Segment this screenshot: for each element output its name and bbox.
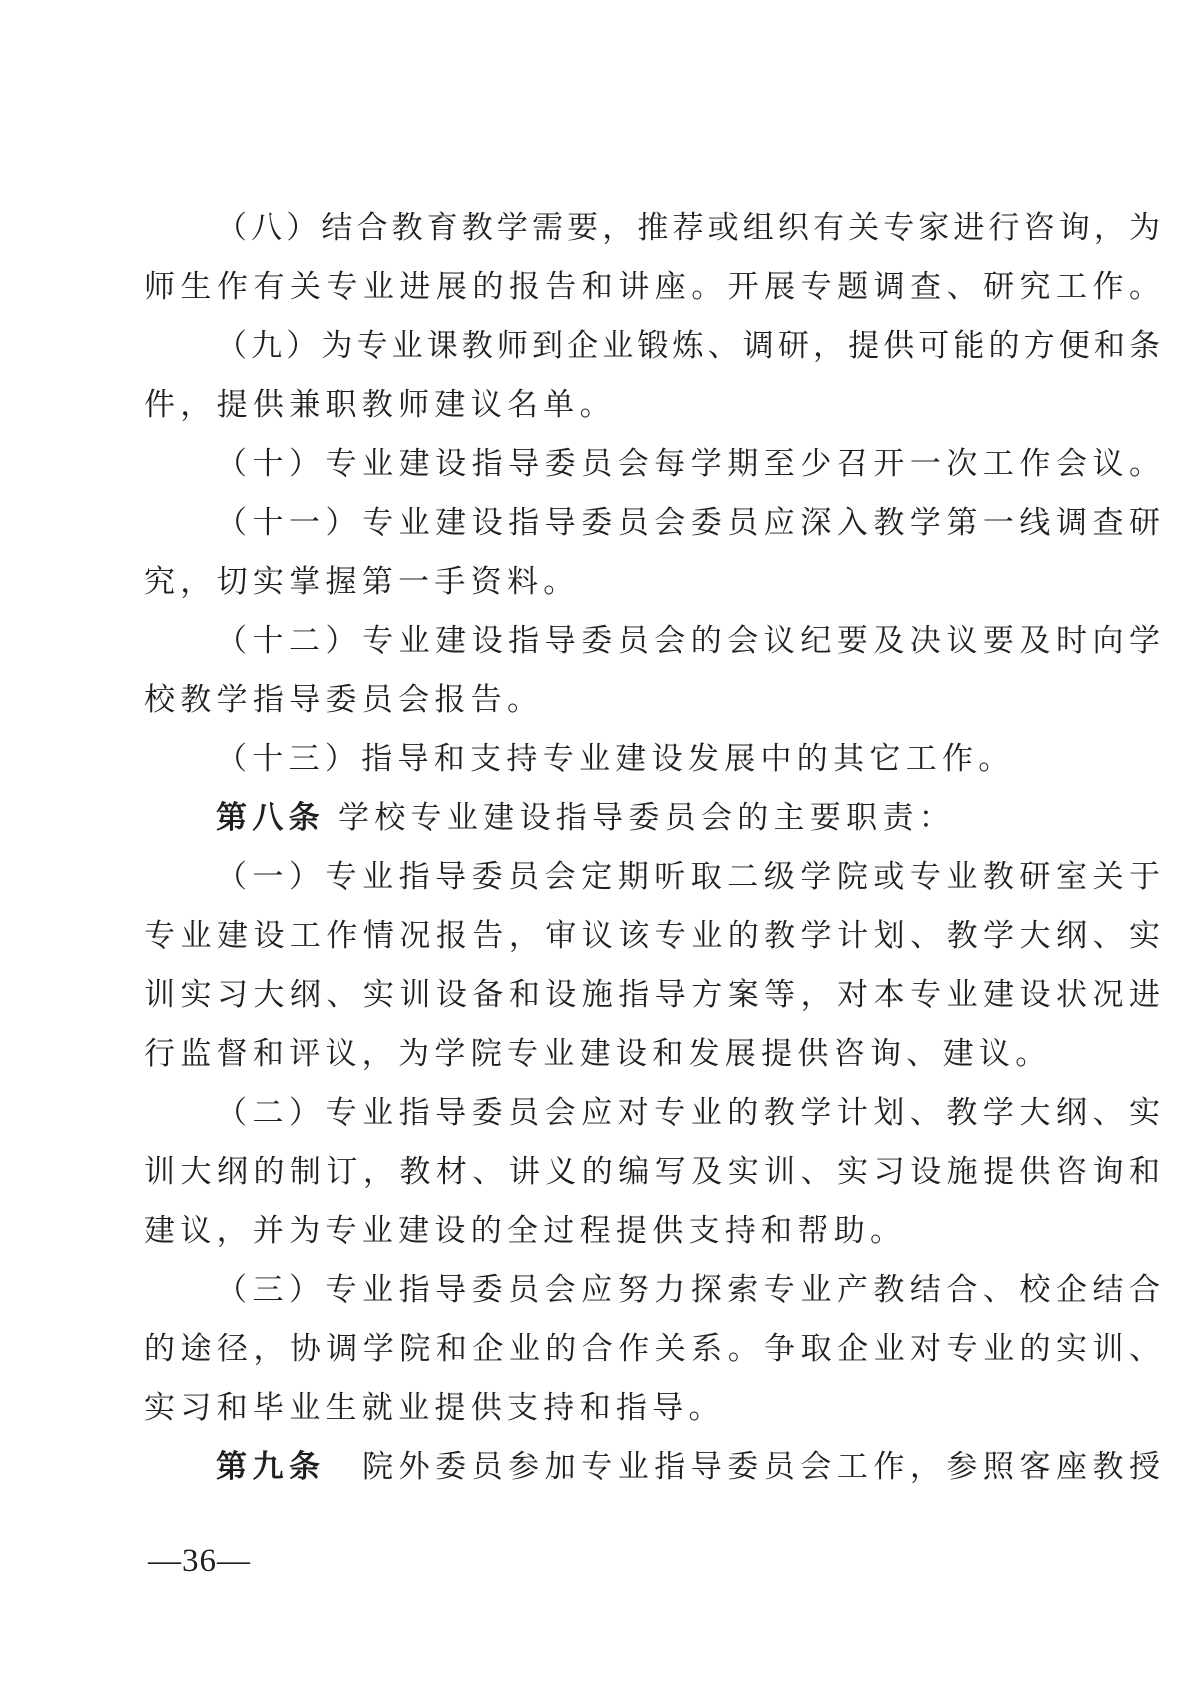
text-line: 专业建设工作情况报告，审议该专业的教学计划、教学大纲、实 xyxy=(144,906,1160,965)
text-line: （十）专业建设指导委员会每学期至少召开一次工作会议。 xyxy=(144,434,1160,493)
page-number: —36— xyxy=(148,1541,251,1581)
article-number-heading: 第八条 xyxy=(216,800,325,835)
text-line: 件，提供兼职教师建议名单。 xyxy=(144,375,1160,434)
document-page: （八）结合教育教学需要，推荐或组织有关专家进行咨询，为师生作有关专业进展的报告和… xyxy=(0,0,1191,1684)
text-line: 究，切实掌握第一手资料。 xyxy=(144,552,1160,611)
text-line: （十三）指导和支持专业建设发展中的其它工作。 xyxy=(144,729,1160,788)
text-line: 训大纲的制订，教材、讲义的编写及实训、实习设施提供咨询和 xyxy=(144,1142,1160,1201)
text-line: （九）为专业课教师到企业锻炼、调研，提供可能的方便和条 xyxy=(144,316,1160,375)
text-line: （一）专业指导委员会定期听取二级学院或专业教研室关于 xyxy=(144,847,1160,906)
text-line: 第八条 学校专业建设指导委员会的主要职责： xyxy=(144,788,1160,847)
text-line: 第九条 院外委员参加专业指导委员会工作，参照客座教授 xyxy=(144,1437,1160,1496)
document-body: （八）结合教育教学需要，推荐或组织有关专家进行咨询，为师生作有关专业进展的报告和… xyxy=(144,198,1160,1496)
text-line: 训实习大纲、实训设备和设施指导方案等，对本专业建设状况进 xyxy=(144,965,1160,1024)
text-line: 实习和毕业生就业提供支持和指导。 xyxy=(144,1378,1160,1437)
text-line: 建议，并为专业建设的全过程提供支持和帮助。 xyxy=(144,1201,1160,1260)
text-line: （十二）专业建设指导委员会的会议纪要及决议要及时向学 xyxy=(144,611,1160,670)
text-line: 校教学指导委员会报告。 xyxy=(144,670,1160,729)
text-line: （八）结合教育教学需要，推荐或组织有关专家进行咨询，为 xyxy=(144,198,1160,257)
article-text: 院外委员参加专业指导委员会工作，参照客座教授 xyxy=(326,1449,1160,1484)
text-line: （十一）专业建设指导委员会委员应深入教学第一线调查研 xyxy=(144,493,1160,552)
text-line: （三）专业指导委员会应努力探索专业产教结合、校企结合 xyxy=(144,1260,1160,1319)
article-number-heading: 第九条 xyxy=(216,1449,326,1484)
text-line: 行监督和评议，为学院专业建设和发展提供咨询、建议。 xyxy=(144,1024,1160,1083)
text-line: 师生作有关专业进展的报告和讲座。开展专题调查、研究工作。 xyxy=(144,257,1160,316)
text-line: 的途径，协调学院和企业的合作关系。争取企业对专业的实训、 xyxy=(144,1319,1160,1378)
text-line: （二）专业指导委员会应对专业的教学计划、教学大纲、实 xyxy=(144,1083,1160,1142)
article-text: 学校专业建设指导委员会的主要职责： xyxy=(325,800,955,835)
